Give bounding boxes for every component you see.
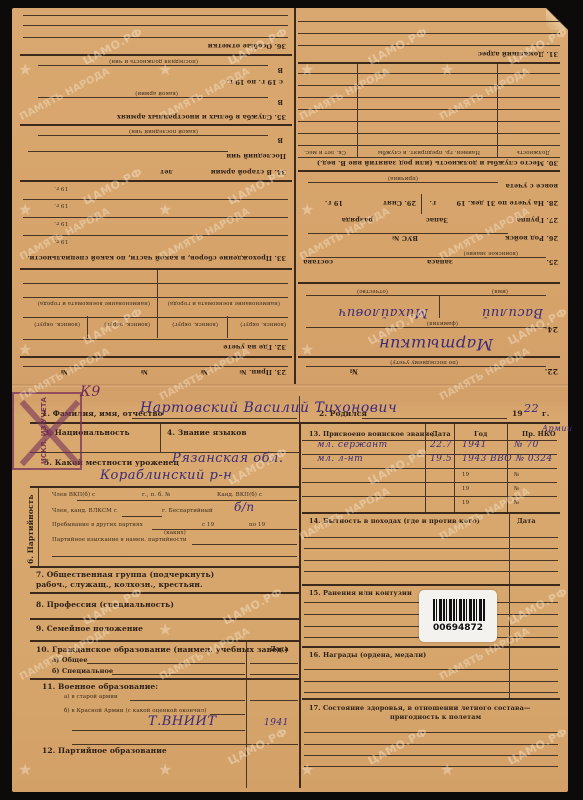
field-23-no-3: № xyxy=(61,368,68,376)
barcode-number: 00694872 xyxy=(419,623,497,633)
line xyxy=(38,65,268,66)
field-22-sub: (по последнему учету) xyxy=(390,359,458,365)
military-school-year: 1941 xyxy=(264,718,289,728)
divider xyxy=(160,424,161,452)
field-6-row3-sub: (каких) xyxy=(164,530,186,536)
line xyxy=(23,297,288,298)
line xyxy=(122,516,162,517)
line xyxy=(30,678,300,680)
rank-3-order: № xyxy=(514,472,519,478)
field-6-row2-a: Член, канд. ВЛКСМ с xyxy=(52,508,117,514)
field-12-label: 12. Партийное образование xyxy=(42,746,167,755)
line xyxy=(306,366,546,367)
line xyxy=(77,500,297,501)
line xyxy=(30,592,300,594)
birth-year-handwritten: 22 xyxy=(524,402,539,415)
field-14-date-header: Дата xyxy=(517,517,536,525)
field-22-no: № xyxy=(350,367,358,376)
archive-barcode-sticker: 00694872 xyxy=(419,590,497,642)
line xyxy=(298,85,560,86)
rank-note-armii: Армии xyxy=(542,424,573,433)
divider xyxy=(509,512,510,698)
field-33-row: 19 г. xyxy=(54,220,68,226)
line xyxy=(72,744,298,745)
line xyxy=(304,571,558,572)
field-16-label: 16. Награды (ордена, медали) xyxy=(309,651,426,659)
field-24-sub-name: (имя) xyxy=(492,288,508,294)
column-divider xyxy=(294,8,296,384)
field-6-row3-c: по 19 xyxy=(249,522,265,528)
field-23-label: 23. Прип. № xyxy=(239,368,286,376)
field-29-g: 19 г. xyxy=(325,199,343,207)
birthplace-line2-handwritten: Кораблинский р-н xyxy=(100,468,232,483)
line xyxy=(20,180,292,182)
line xyxy=(30,618,300,620)
rank-1-order: № 70 xyxy=(514,440,539,450)
field-28-g: г. xyxy=(430,199,436,207)
field-17-label: 17. Состояние здоровья, в отношении летн… xyxy=(309,704,531,712)
line xyxy=(298,45,560,46)
line xyxy=(304,548,558,549)
military-school-handwritten: Т.ВНИИТ xyxy=(148,714,217,729)
line xyxy=(250,663,298,664)
birthplace-line1-handwritten: Рязанская обл. xyxy=(172,451,283,466)
field-2-year-prefix: 19 xyxy=(512,409,523,418)
line xyxy=(298,97,560,98)
field-29-label: 29. Снят xyxy=(383,199,416,207)
rank-1-year: 1941 xyxy=(462,440,487,450)
field-32-sub2: (воинск. округ) xyxy=(172,321,218,327)
line xyxy=(20,268,292,270)
line xyxy=(72,730,245,731)
line xyxy=(298,73,560,74)
field-32-sub1b: (воинск. округ) xyxy=(104,321,150,327)
field-6-row2-b: г. Беспартийный xyxy=(162,508,213,514)
divider xyxy=(299,396,300,422)
rank-1-date: 22.7 xyxy=(430,440,452,450)
field-25-zapas: запаса xyxy=(427,258,453,266)
field-24-sub-surname: (фамилия) xyxy=(427,320,458,326)
divider xyxy=(299,424,301,788)
divider xyxy=(227,316,228,338)
line xyxy=(298,356,560,358)
field-2-year-suffix: г. xyxy=(542,409,549,418)
field-32-sub3: (наименование военкомата и города) xyxy=(168,300,280,306)
line xyxy=(20,54,292,56)
field-25-sub: (воинское звание) xyxy=(463,250,518,256)
line xyxy=(38,135,268,136)
field-35-sub-pos: (последняя должность и чин) xyxy=(109,58,198,64)
line xyxy=(38,97,268,98)
line xyxy=(250,674,298,675)
field-2-label: 2. Родился xyxy=(319,409,367,418)
rank-2-order: ВВО № 0324 xyxy=(490,454,553,464)
field-15-label: 15. Ранения или контузии xyxy=(309,589,412,597)
line xyxy=(298,121,560,122)
field-32-sub1: (воинск. округ) xyxy=(240,321,286,327)
field-6-label: 6. Партийность xyxy=(26,494,35,564)
field-28-label: 28. На учете по 31 дек. 19 xyxy=(456,199,558,207)
line xyxy=(132,418,297,419)
line xyxy=(28,151,228,152)
divider xyxy=(439,296,440,318)
line xyxy=(30,640,300,642)
field-6-row3-b: с 19 xyxy=(202,522,214,528)
field-13-label: 13. Присвоено воинское звание xyxy=(309,430,434,438)
field-22-label: 22. xyxy=(545,367,558,376)
rank-2-handwritten: мл. л-нт xyxy=(317,454,363,464)
line xyxy=(302,698,560,700)
field-4-label: 4. Знание языков xyxy=(167,428,247,437)
field-25-label: 25. xyxy=(546,258,558,266)
divider xyxy=(157,268,158,338)
rank-3-year: 19 xyxy=(462,472,469,478)
line xyxy=(20,356,292,358)
name-handwritten: Василий xyxy=(482,305,543,320)
field-33-row: 19 г. xyxy=(54,185,68,191)
rank-1-handwritten: мл. сержант xyxy=(317,440,388,450)
line xyxy=(302,468,557,469)
rank-2-year: 1943 xyxy=(462,454,487,464)
field-8-label: 8. Профессия (специальность) xyxy=(36,600,174,609)
field-32-sub4: (наименование военкомата и города) xyxy=(38,300,150,306)
field-6-row3-a: Пребывание в других партиях xyxy=(52,522,143,528)
line xyxy=(298,133,560,134)
field-30-header-position: Должность xyxy=(517,149,550,155)
divider xyxy=(421,194,422,214)
field-13-header-date: Дата xyxy=(432,430,451,438)
line xyxy=(30,486,300,488)
line xyxy=(302,482,557,483)
field-27-razryad: разряда xyxy=(342,216,374,224)
line xyxy=(304,681,558,682)
line xyxy=(250,700,298,701)
field-32-sub2b: (воинск. округ) xyxy=(34,321,80,327)
field-34-label: 34. В старой армии xyxy=(211,168,286,176)
divider xyxy=(357,64,358,158)
line xyxy=(298,62,560,64)
field-36-label: 36. Особые отметки xyxy=(208,42,286,50)
field-25-sostav: состава xyxy=(303,258,333,266)
cancellation-stamp: ИСКЛ. ИЗ УЧЕТА xyxy=(12,392,82,470)
divider xyxy=(38,488,39,566)
line xyxy=(302,584,560,586)
field-6-row1-c: Канд. ВКП(б) с xyxy=(217,492,262,498)
field-30-header-years: Ск. лет и мес. xyxy=(304,149,346,155)
line xyxy=(304,732,558,733)
field-30-label: 30. Место службы и должность (или род за… xyxy=(317,159,558,167)
field-6-row4-a: Партийное взыскание в намен. партийности xyxy=(52,537,187,543)
line xyxy=(192,544,297,545)
rank-4-year: 19 xyxy=(462,486,469,492)
line xyxy=(30,422,560,424)
rank-5-order: № xyxy=(514,500,519,506)
line xyxy=(304,669,558,670)
field-32-label: 32. Где на учете xyxy=(223,343,286,351)
field-31-label: 31. Домашний адрес xyxy=(478,50,558,58)
field-24-sub-patronymic: (отчество) xyxy=(357,288,388,294)
field-13-header-year: Год xyxy=(474,430,487,438)
field-17-label2: пригодность к полетам xyxy=(390,713,481,721)
field-10-label: 10. Гражданское образование (наимен. уче… xyxy=(36,645,288,654)
line xyxy=(23,366,288,367)
field-33-row: 19 г. xyxy=(54,202,68,208)
surname-handwritten: Мартышкин xyxy=(379,335,493,354)
field-7-options: рабоч., служащ., колхозн., крестьян. xyxy=(36,580,203,589)
line xyxy=(23,317,288,318)
line xyxy=(30,566,300,568)
line xyxy=(23,37,288,38)
corner-mark-handwritten: К9 xyxy=(80,384,101,400)
field-34-last-rank: Последний чин xyxy=(226,152,286,160)
line xyxy=(23,217,288,218)
rank-2-date: 19.5 xyxy=(430,454,452,464)
line xyxy=(304,560,558,561)
rank-5-year: 19 xyxy=(462,500,469,506)
line xyxy=(20,124,292,126)
field-28b-label: вовсе с учета xyxy=(505,182,558,190)
field-34-v: В xyxy=(277,136,283,144)
field-11-label: 11. Военное образование: xyxy=(42,682,158,691)
back-side-inverted: 22. № (по последнему учету) 24. Мартышки… xyxy=(12,8,568,384)
field-10-b: б) Специальное xyxy=(52,667,113,675)
line xyxy=(304,744,558,745)
line xyxy=(304,755,558,756)
line xyxy=(306,257,546,258)
line xyxy=(302,512,560,514)
line xyxy=(306,295,546,296)
line xyxy=(298,145,560,146)
stamp-text: ИСКЛ. ИЗ УЧЕТА xyxy=(40,397,48,464)
line xyxy=(23,339,288,340)
field-35-v: В xyxy=(277,98,283,106)
line xyxy=(23,235,288,236)
line xyxy=(23,199,288,200)
field-7-label: 7. Общественная группа (подчеркнуть) xyxy=(36,570,214,579)
line xyxy=(298,170,560,172)
field-24-label: 24. xyxy=(545,325,558,334)
field-28b-sub: (причина) xyxy=(388,175,418,181)
field-35-label: 35. Служба в белых и иностранных армиях xyxy=(117,113,286,121)
line xyxy=(306,327,546,328)
line xyxy=(308,233,508,234)
divider xyxy=(246,640,247,788)
line xyxy=(298,21,560,22)
line xyxy=(298,282,560,284)
field-10-date-header: Дата xyxy=(270,645,289,653)
field-6-row1-a: Член ВКП(б) с xyxy=(52,492,95,498)
divider xyxy=(497,64,498,158)
field-33-label: 33. Прохождение сборов, в какой части, п… xyxy=(27,254,286,262)
field-34-years: лет xyxy=(160,168,173,176)
divider xyxy=(87,316,88,338)
field-6-row1-b: г., п. б. № xyxy=(142,492,170,498)
line xyxy=(87,663,245,664)
field-26-label: 26. Род войск xyxy=(505,234,558,242)
field-26-vus: ВУС № xyxy=(392,234,418,242)
barcode-icon xyxy=(433,599,485,621)
line xyxy=(362,418,507,419)
line xyxy=(298,157,560,158)
field-33-row: 19 г. xyxy=(54,238,68,244)
line xyxy=(130,700,245,701)
field-35-period: с 19 г. по 19 г. xyxy=(226,78,283,86)
field-30-header-enterprise: Наимен. гр. предприят. и службы xyxy=(378,149,480,155)
line xyxy=(52,556,297,557)
line xyxy=(302,646,560,648)
line xyxy=(112,674,245,675)
line xyxy=(302,496,557,497)
line xyxy=(304,766,558,767)
field-10-a: а) Общее xyxy=(52,656,88,664)
field-27-zapas: Запас xyxy=(426,216,448,224)
party-status-handwritten: б/п xyxy=(234,500,255,514)
field-35-sub-army: (какой армии) xyxy=(135,90,178,96)
line xyxy=(23,25,288,26)
line xyxy=(23,15,288,16)
line xyxy=(298,109,560,110)
field-9-label: 9. Семейное положение xyxy=(36,624,143,633)
line xyxy=(298,33,560,34)
field-23-no-1: № xyxy=(201,368,208,376)
line xyxy=(304,537,558,538)
line xyxy=(308,182,498,183)
rank-4-order: № xyxy=(514,486,519,492)
patronymic-handwritten: Михайлович xyxy=(338,305,428,320)
line xyxy=(152,529,297,530)
line xyxy=(304,692,558,693)
line xyxy=(23,283,288,284)
field-27-label: 27. Группа xyxy=(517,216,559,224)
field-14-label: 14. Бытность в походах (где и против ког… xyxy=(309,517,480,525)
field-35-v2: В xyxy=(277,66,283,74)
field-23-no-2: № xyxy=(141,368,148,376)
field-11-a: а) в старой армии xyxy=(64,694,118,700)
field-34-sub: (какой последний чин) xyxy=(129,128,198,134)
